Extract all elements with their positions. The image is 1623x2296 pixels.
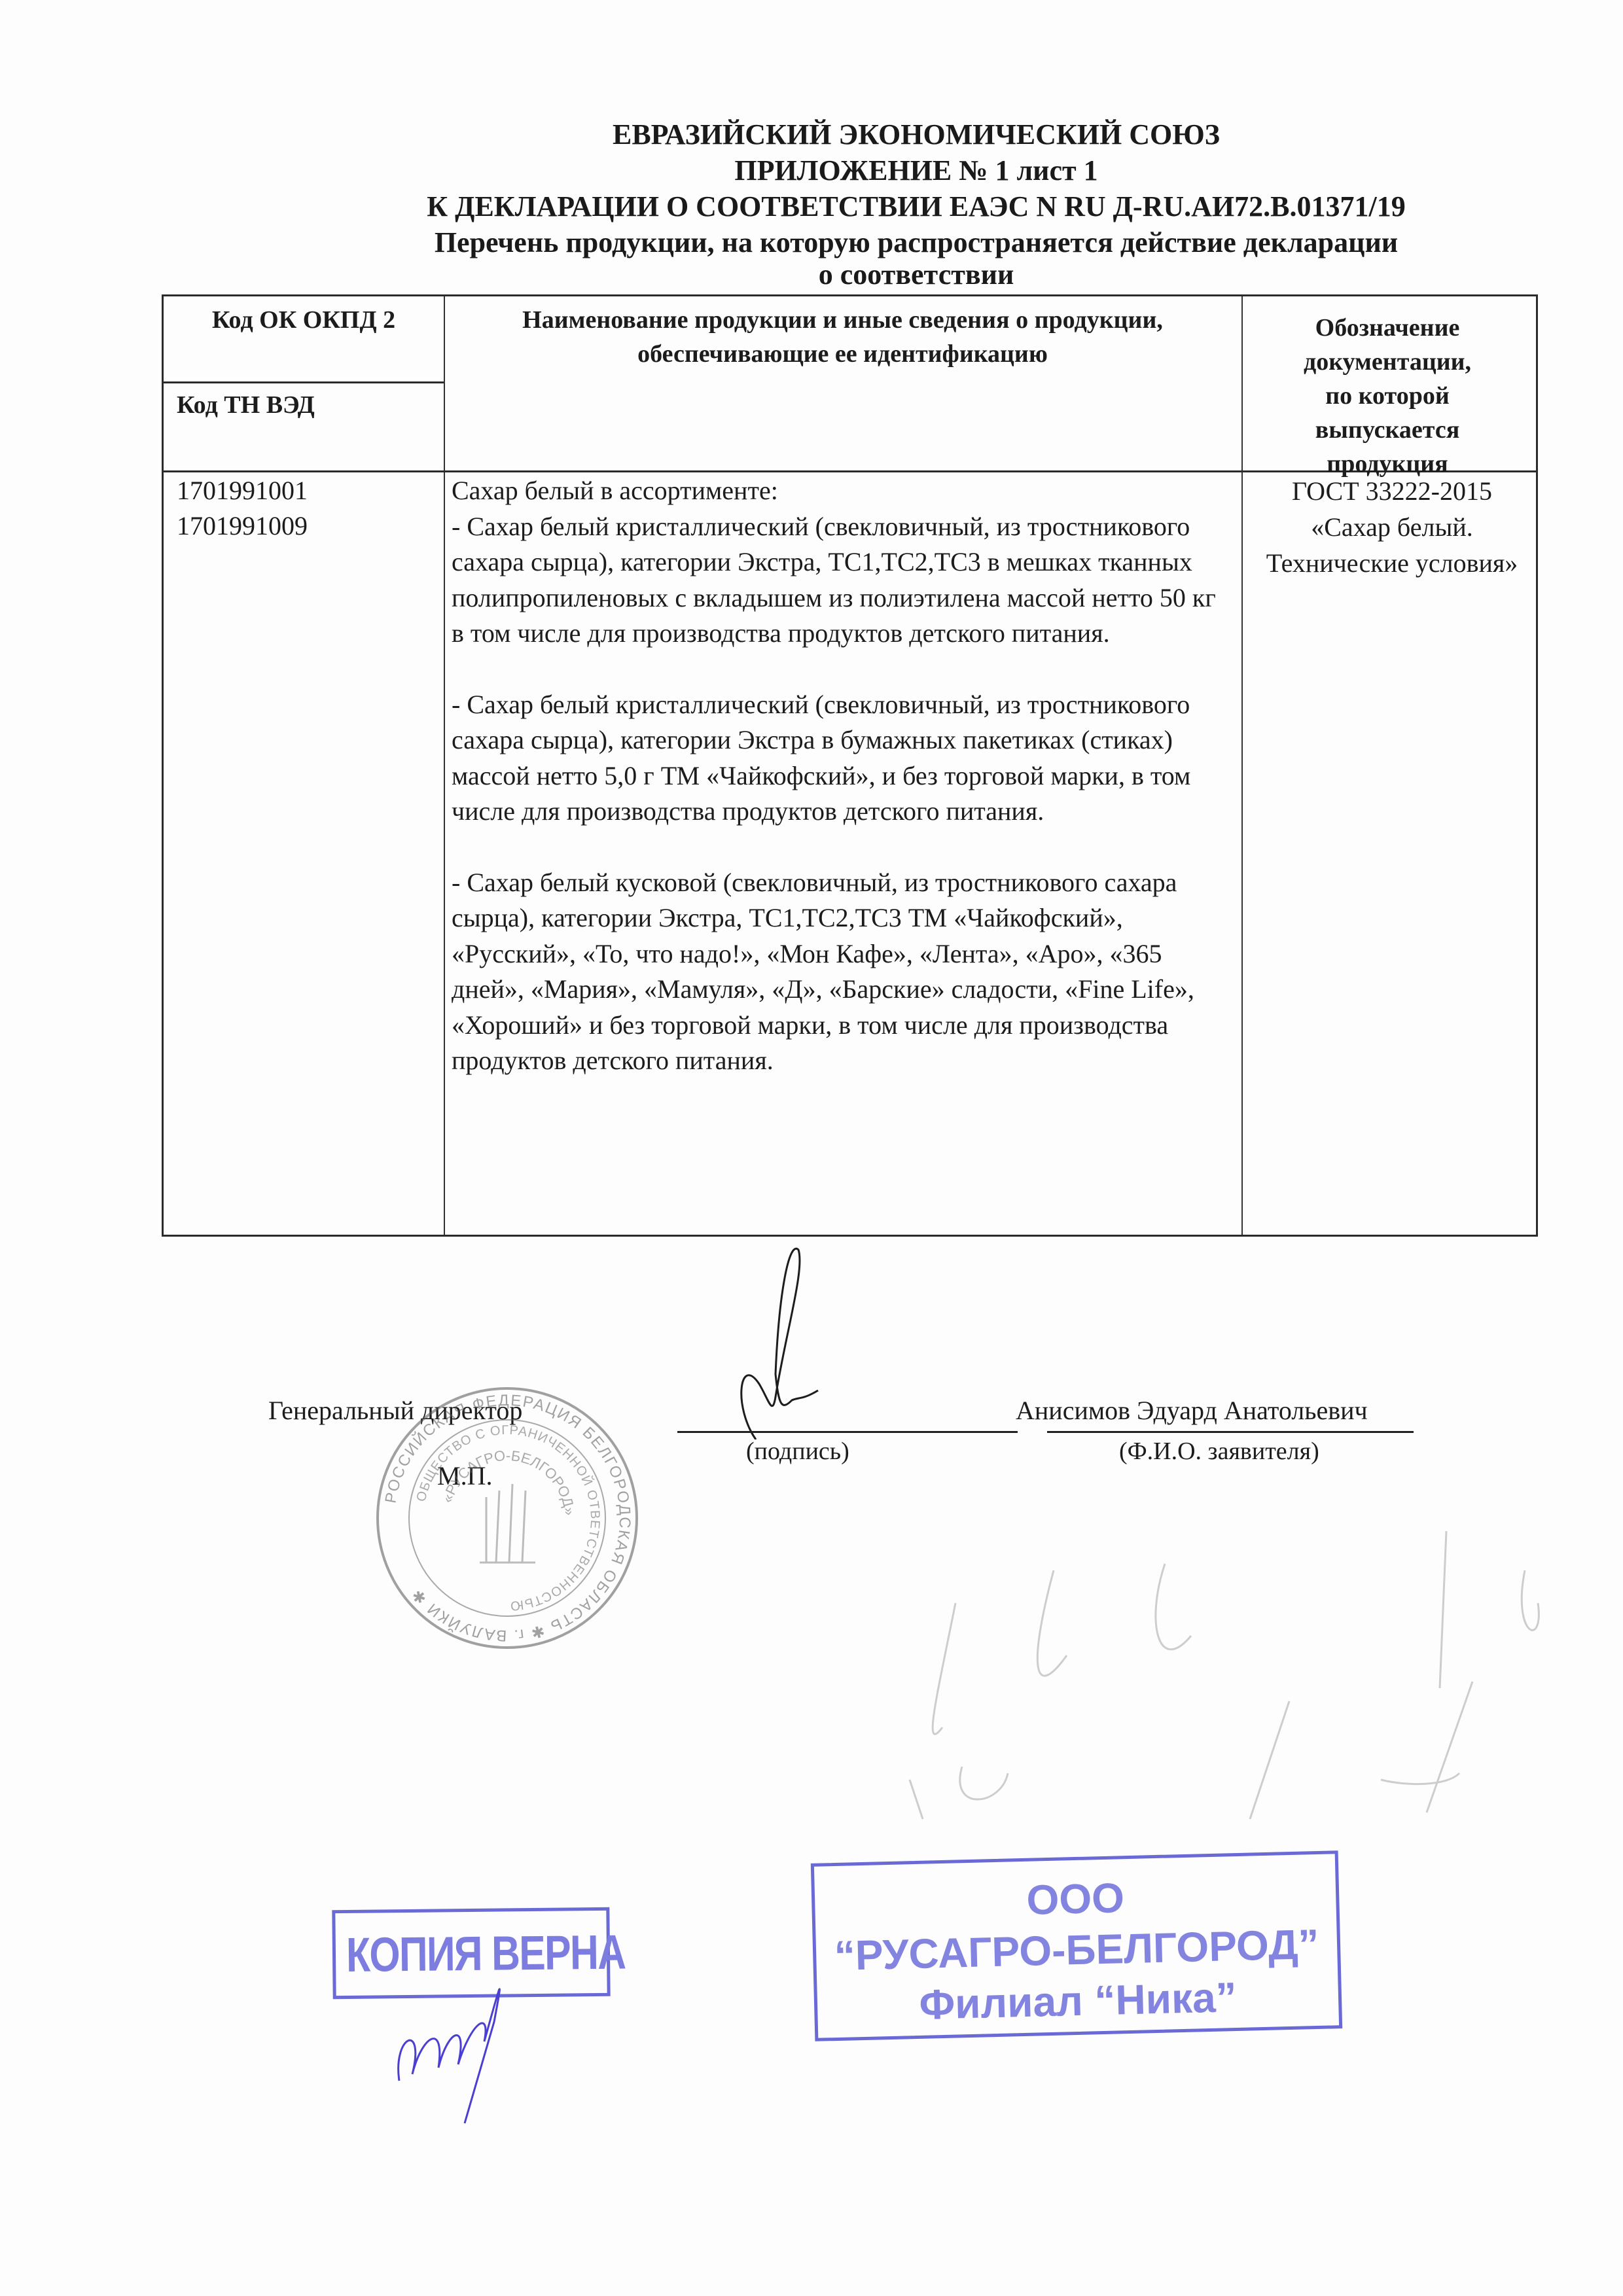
header-documentation: Обозначение документации, по которой вып… (1289, 311, 1486, 481)
product-item: - Сахар белый кусковой (свекловичный, из… (452, 865, 1230, 1079)
tnved-code: 1701991009 (177, 508, 308, 544)
document-header: ЕВРАЗИЙСКИЙ ЭКОНОМИЧЕСКИЙ СОЮЗ ПРИЛОЖЕНИ… (262, 116, 1571, 289)
svg-text:«РУСАГРО-БЕЛГОРОД»: «РУСАГРО-БЕЛГОРОД» (439, 1447, 578, 1516)
product-item: - Сахар белый кристаллический (свеклович… (452, 687, 1230, 830)
document-page: ЕВРАЗИЙСКИЙ ЭКОНОМИЧЕСКИЙ СОЮЗ ПРИЛОЖЕНИ… (0, 0, 1623, 2296)
signature-caption: (подпись) (746, 1437, 849, 1466)
declaration-number: К ДЕКЛАРАЦИИ О СООТВЕТСТВИИ ЕАЭС N RU Д-… (262, 188, 1571, 224)
signature-scribble-icon (720, 1243, 851, 1439)
header-okpd2: Код ОК ОКПД 2 (164, 303, 444, 337)
signature-line (677, 1431, 1018, 1433)
product-table: Код ОК ОКПД 2 Код ТН ВЭД Наименование пр… (162, 294, 1538, 1237)
tnved-codes: 1701991001 1701991009 (177, 473, 308, 544)
header-product-name: Наименование продукции и иные сведения о… (452, 303, 1234, 371)
product-intro: Сахар белый в ассортименте: (452, 473, 1230, 509)
name-line (1047, 1431, 1414, 1433)
header-tnved: Код ТН ВЭД (177, 388, 315, 422)
certifier-signature-icon (386, 1956, 517, 2127)
name-caption: (Ф.И.О. заявителя) (1119, 1437, 1319, 1466)
product-description: Сахар белый в ассортименте: - Сахар белы… (452, 473, 1230, 1114)
product-item: - Сахар белый кристаллический (свеклович… (452, 509, 1230, 652)
list-title: Перечень продукции, на которую распростр… (262, 224, 1571, 260)
header-split-line (164, 381, 444, 383)
round-seal-icon: РОССИЙСКАЯ ФЕДЕРАЦИЯ БЕЛГОРОДСКАЯ ОБЛАСТ… (375, 1386, 639, 1650)
documentation-reference: ГОСТ 33222-2015 «Сахар белый. Технически… (1251, 473, 1533, 581)
list-title-continued: о соответствии (262, 260, 1571, 289)
tnved-code: 1701991001 (177, 473, 308, 508)
signer-full-name: Анисимов Эдуард Анатольевич (1016, 1395, 1368, 1426)
column-divider (1241, 296, 1243, 1235)
annex-title: ПРИЛОЖЕНИЕ № 1 лист 1 (262, 152, 1571, 188)
company-branch-stamp: ООО “РУСАГРО-БЕЛГОРОД” Филиал “Ника” (811, 1850, 1342, 2041)
union-title: ЕВРАЗИЙСКИЙ ЭКОНОМИЧЕСКИЙ СОЮЗ (262, 116, 1571, 152)
pencil-notes-icon (883, 1505, 1571, 1832)
column-divider (444, 296, 445, 1235)
